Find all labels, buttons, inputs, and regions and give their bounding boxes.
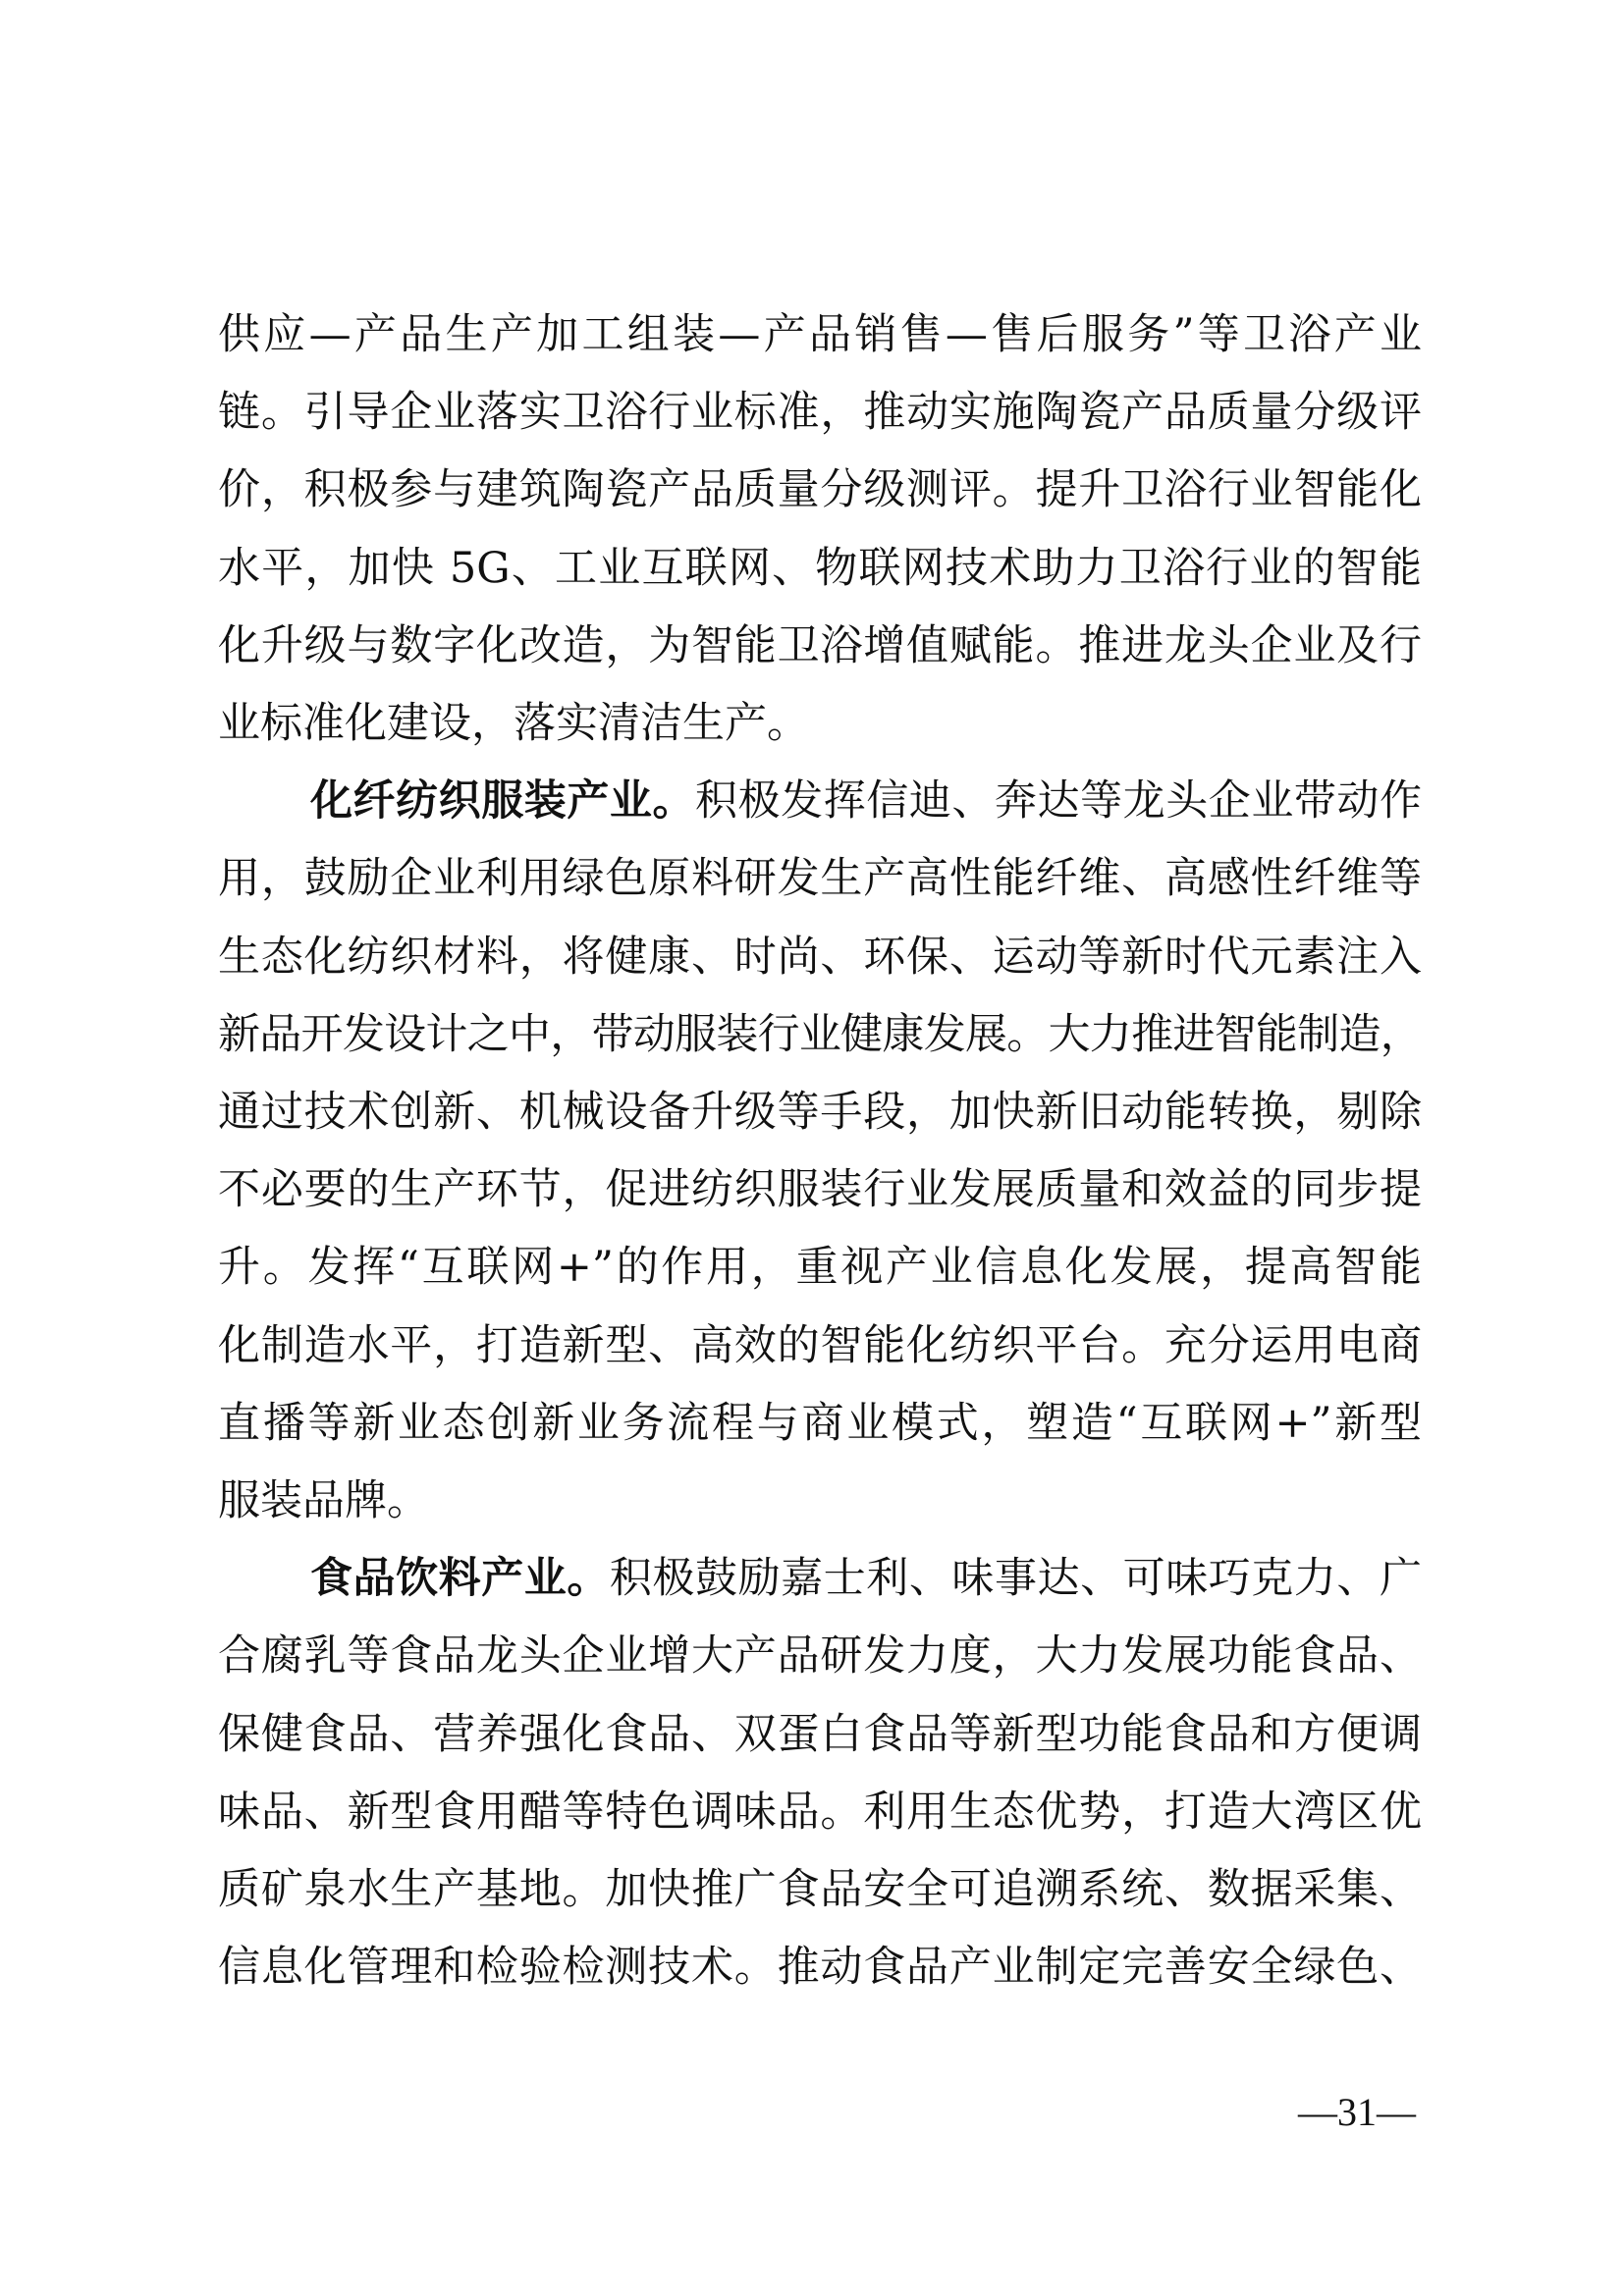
paragraph-line: 质矿泉水生产基地。加快推广食品安全可追溯系统、数据采集、 [218, 1865, 1422, 1914]
paragraph-line: 升。发挥“互联网+”的作用，重视产业信息化发展，提高智能 [218, 1243, 1422, 1292]
paragraph-line: 链。引导企业落实卫浴行业标准，推动实施陶瓷产品质量分级评 [218, 388, 1422, 437]
paragraph-line: 化升级与数字化改造，为智能卫浴增值赋能。推进龙头企业及行 [218, 621, 1422, 670]
paragraph-line: 味品、新型食用醋等特色调味品。利用生态优势，打造大湾区优 [218, 1788, 1422, 1837]
document-page: 供应—产品生产加工组装—产品销售—售后服务”等卫浴产业 链。引导企业落实卫浴行业… [0, 0, 1624, 2296]
paragraph-line: 水平，加快 5G、工业互联网、物联网技术助力卫浴行业的智能 [218, 544, 1422, 593]
paragraph-line: 保健食品、营养强化食品、双蛋白食品等新型功能食品和方便调 [218, 1710, 1422, 1759]
paragraph-first-line: 化纤纺织服装产业。积极发挥信迪、奔达等龙头企业带动作 [218, 776, 1422, 826]
paragraph-line: 用，鼓励企业利用绿色原料研发生产高性能纤维、高感性纤维等 [218, 854, 1422, 903]
paragraph-line: 生态化纺织材料，将健康、时尚、环保、运动等新时代元素注入 [218, 933, 1422, 982]
paragraph-line: 信息化管理和检验检测技术。推动食品产业制定完善安全绿色、 [218, 1943, 1422, 1992]
paragraph-line: 服装品牌。 [218, 1476, 1422, 1525]
paragraph-line: 通过技术创新、机械设备升级等手段，加快新旧动能转换，剔除 [218, 1088, 1422, 1137]
page-number: —31— [1288, 2089, 1426, 2136]
paragraph-line: 业标准化建设，落实清洁生产。 [218, 699, 1422, 748]
section-heading-food: 食品饮料产业。 [310, 1554, 610, 1603]
paragraph-text: 积极鼓励嘉士利、味事达、可味巧克力、广 [610, 1554, 1422, 1603]
paragraph-line: 不必要的生产环节，促进纺织服装行业发展质量和效益的同步提 [218, 1165, 1422, 1214]
paragraph-line: 价，积极参与建筑陶瓷产品质量分级测评。提升卫浴行业智能化 [218, 465, 1422, 514]
paragraph-line: 直播等新业态创新业务流程与商业模式，塑造“互联网+”新型 [218, 1399, 1422, 1448]
paragraph-line: 新品开发设计之中，带动服装行业健康发展。大力推进智能制造， [218, 1010, 1422, 1059]
paragraph-line: 供应—产品生产加工组装—产品销售—售后服务”等卫浴产业 [218, 310, 1422, 359]
paragraph-line: 化制造水平，打造新型、高效的智能化纺织平台。充分运用电商 [218, 1321, 1422, 1370]
section-heading-textile: 化纤纺织服装产业。 [310, 776, 695, 826]
paragraph-first-line: 食品饮料产业。积极鼓励嘉士利、味事达、可味巧克力、广 [218, 1554, 1422, 1603]
paragraph-text: 积极发挥信迪、奔达等龙头企业带动作 [695, 776, 1422, 826]
paragraph-line: 合腐乳等食品龙头企业增大产品研发力度，大力发展功能食品、 [218, 1631, 1422, 1681]
